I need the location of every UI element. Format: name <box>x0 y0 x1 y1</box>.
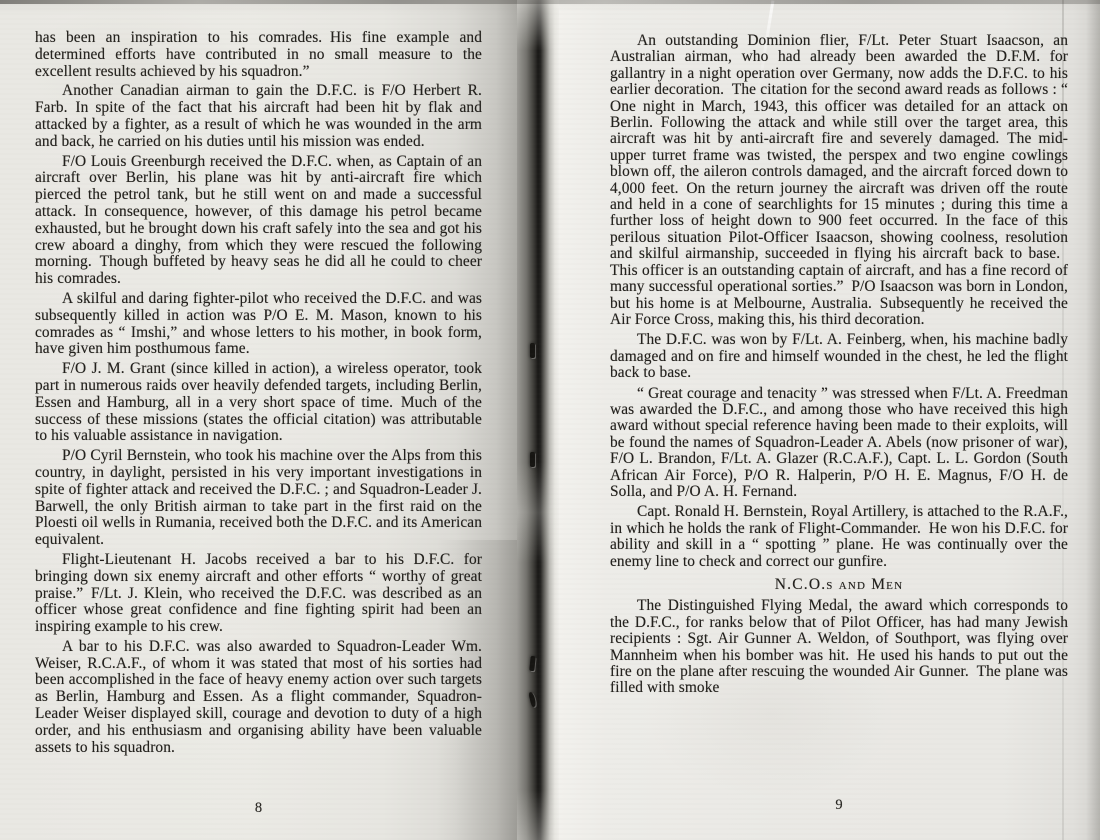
left-page: has been an inspiration to his comrades.… <box>0 0 517 840</box>
book-spread: has been an inspiration to his comrades.… <box>0 0 1100 840</box>
page-number: 9 <box>610 797 1068 814</box>
paragraph: “ Great courage and tenacity ” was stres… <box>610 386 1068 501</box>
paragraph: F/O Louis Greenburgh received the D.F.C.… <box>35 154 482 288</box>
page-edge-shadow <box>1086 0 1100 840</box>
paragraph: Another Canadian airman to gain the D.F.… <box>35 83 482 150</box>
staple-mark <box>530 452 535 467</box>
section-heading: N.C.O.s and Men <box>610 577 1068 593</box>
left-page-text-column: has been an inspiration to his comrades.… <box>35 30 482 759</box>
paragraph: F/O J. M. Grant (since killed in action)… <box>35 361 482 445</box>
paragraph: A skilful and daring fighter-pilot who r… <box>35 291 482 358</box>
paragraph: The Distinguished Flying Medal, the awar… <box>610 598 1068 696</box>
paragraph: P/O Cyril Bernstein, who took his machin… <box>35 448 482 549</box>
right-page-text-column: An outstanding Dominion flier, F/Lt. Pet… <box>610 33 1068 701</box>
paragraph: The D.F.C. was won by F/Lt. A. Feinberg,… <box>610 332 1068 381</box>
paragraph: has been an inspiration to his comrades.… <box>35 30 482 80</box>
right-page: An outstanding Dominion flier, F/Lt. Pet… <box>559 0 1100 840</box>
staple-mark <box>530 343 535 358</box>
book-gutter <box>517 0 559 840</box>
page-number: 8 <box>35 800 482 817</box>
paragraph: Flight-Lieutenant H. Jacobs received a b… <box>35 552 482 636</box>
gutter-highlight <box>517 0 559 840</box>
paragraph: Capt. Ronald H. Bernstein, Royal Artille… <box>610 504 1068 570</box>
paragraph: A bar to his D.F.C. was also awarded to … <box>35 639 482 757</box>
paragraph: An outstanding Dominion flier, F/Lt. Pet… <box>610 33 1068 328</box>
